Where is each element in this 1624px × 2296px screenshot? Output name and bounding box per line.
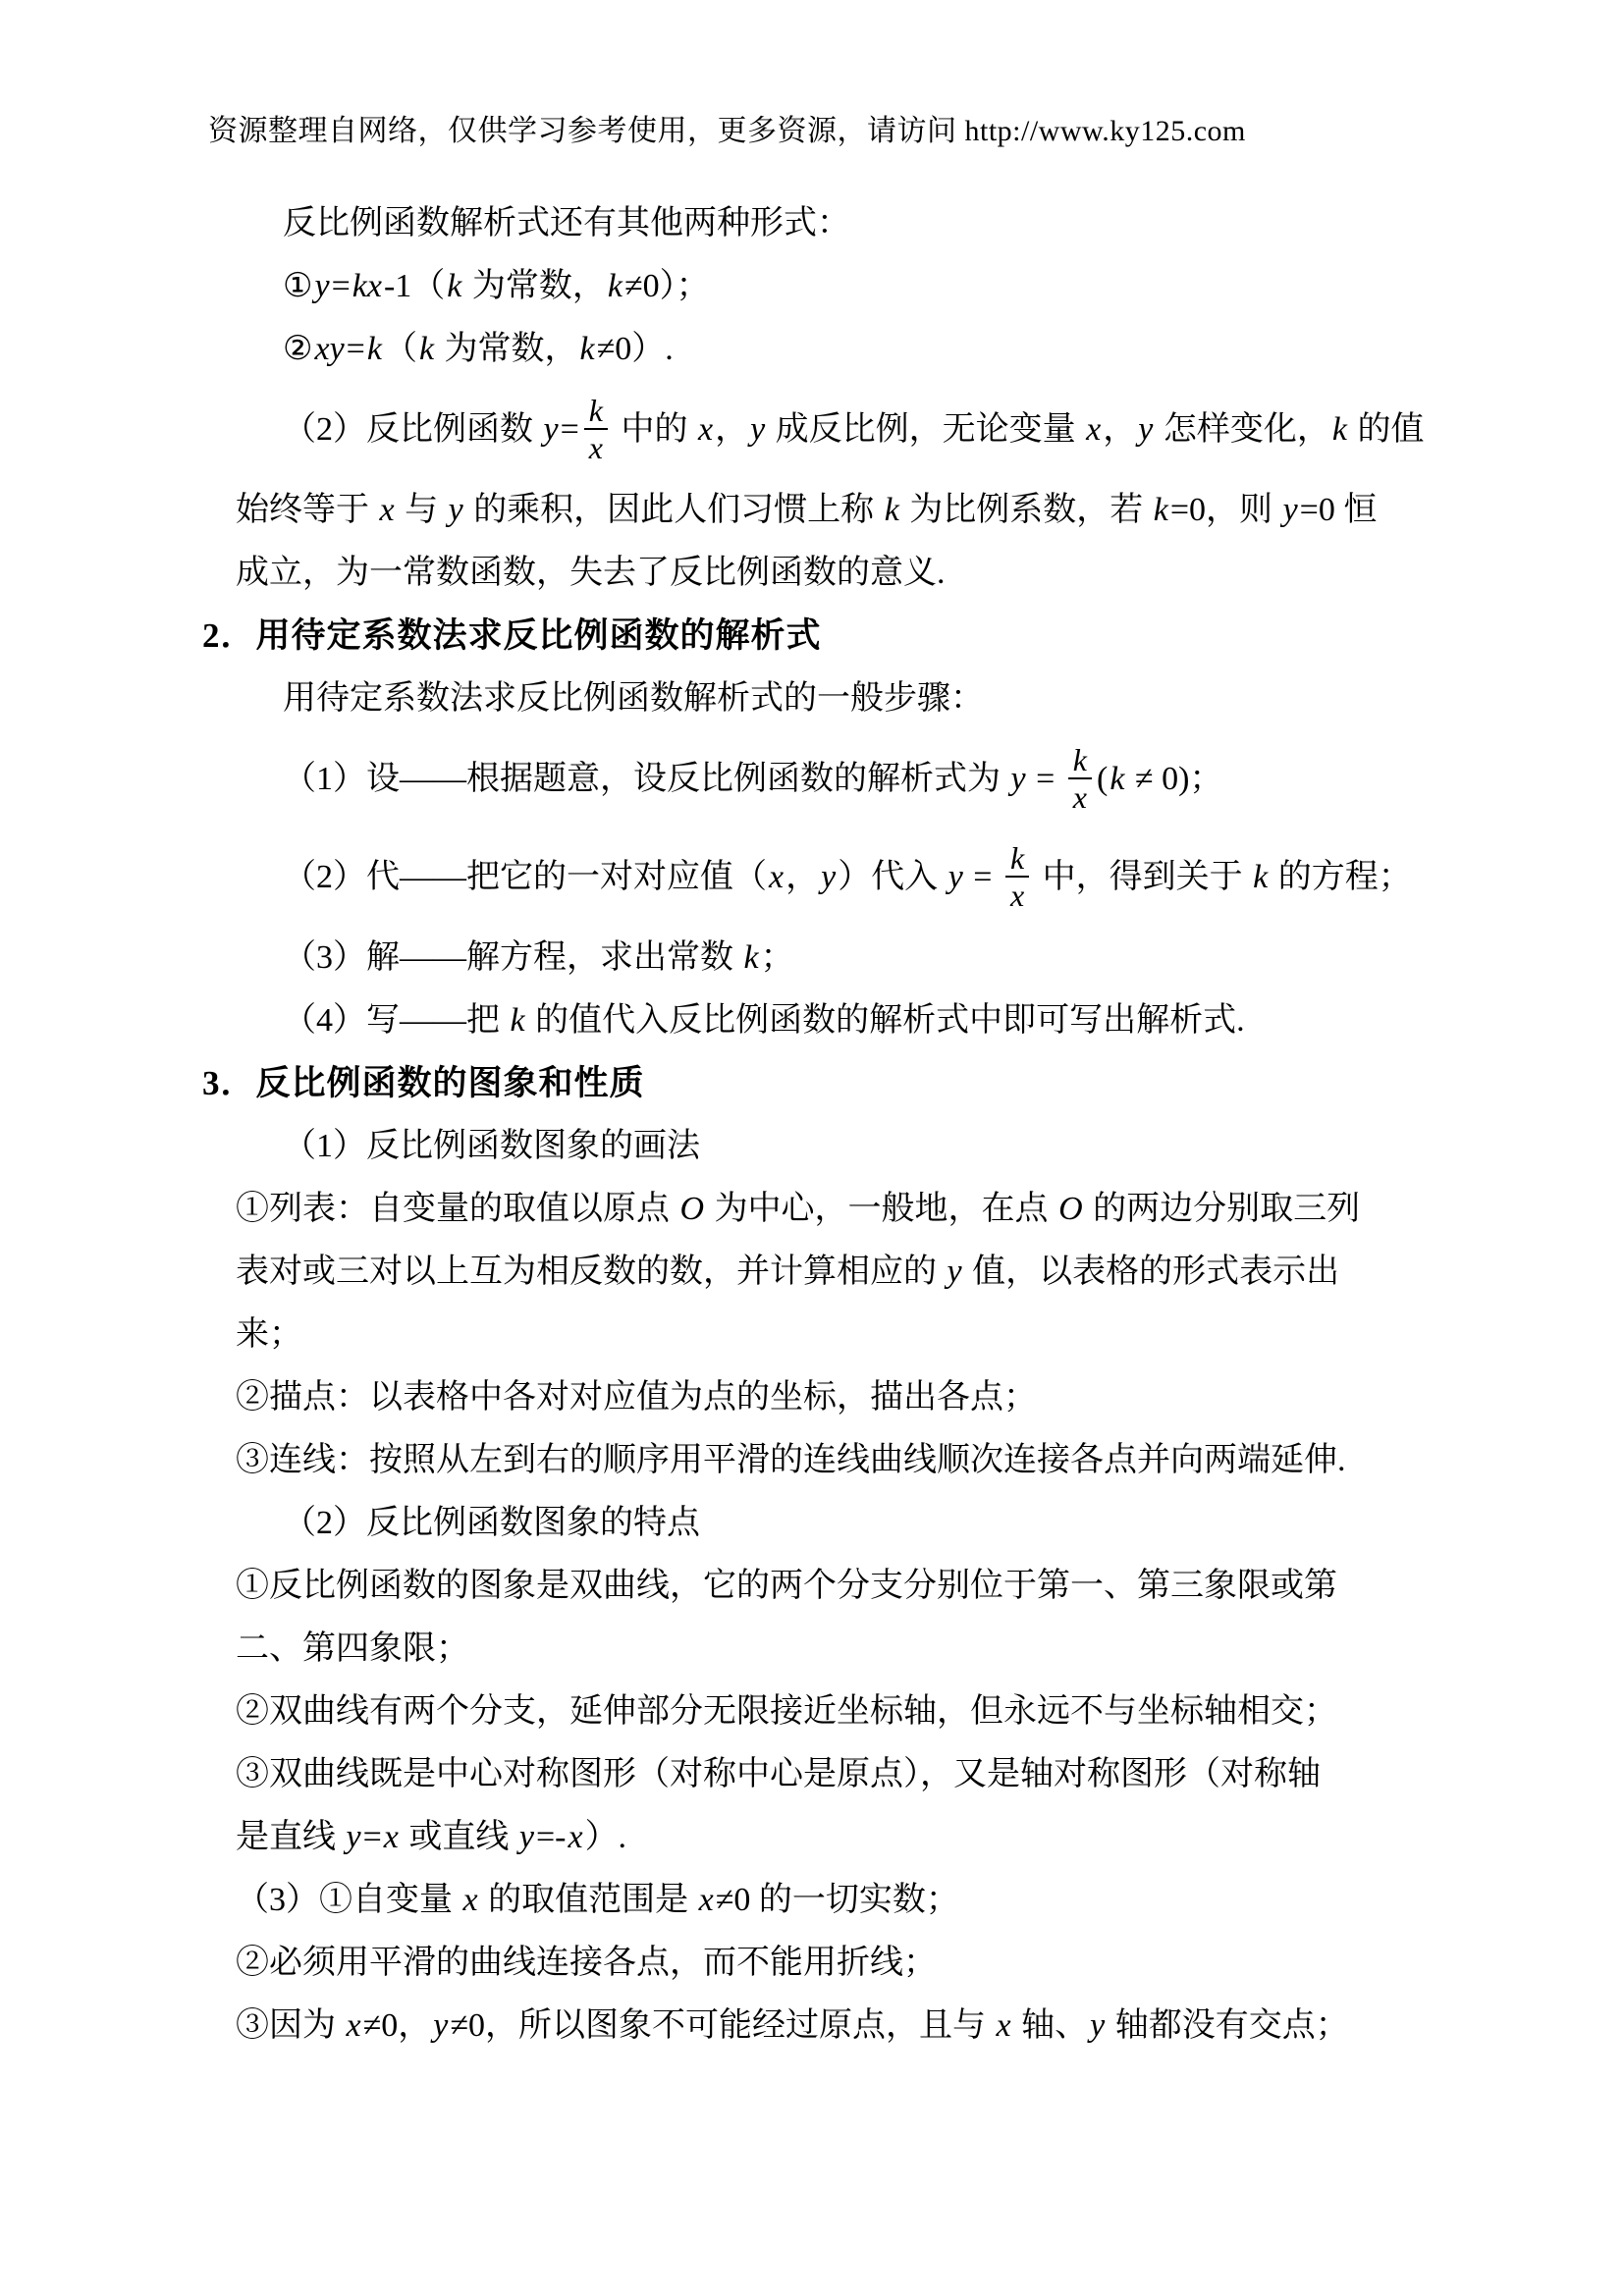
text-line: ①列表：自变量的取值以原点 O 为中心，一般地，在点 O 的两边分别取三列	[236, 1178, 1424, 1241]
text-run: (	[1097, 761, 1108, 797]
text-run: 二、第四象限；	[236, 1630, 469, 1667]
math-variable: O	[678, 1191, 707, 1227]
math-variable: x	[697, 1882, 716, 1918]
text-run: ①反比例函数的图象是双曲线，它的两个分支分别位于第一、第三象限或第	[236, 1568, 1337, 1604]
text-run: ②	[283, 331, 312, 367]
text-line: （1）反比例函数图象的画法	[236, 1115, 1424, 1178]
text-run: =	[332, 268, 351, 304]
math-variable: k	[883, 492, 901, 528]
text-run: 2．用待定系数法求反比例函数的解析式	[202, 616, 822, 655]
text-run: ，	[785, 859, 819, 895]
text-run: ≠ 0)；	[1126, 761, 1222, 797]
text-run: 的值	[1349, 411, 1425, 448]
text-run: 或直线	[401, 1819, 517, 1855]
math-variable: k	[1152, 492, 1170, 528]
text-line: 是直线 y=x 或直线 y=-x）.	[236, 1806, 1424, 1869]
math-fraction: kx	[1068, 742, 1092, 815]
text-run: 表对或三对以上互为相反数的数，并计算相应的	[236, 1254, 946, 1290]
math-variable: y	[819, 859, 838, 895]
text-run: 成反比例，无论变量	[767, 411, 1084, 448]
text-run: ≠0）；	[624, 268, 710, 304]
math-variable: x	[345, 2007, 363, 2044]
text-line: 反比例函数解析式还有其他两种形式：	[236, 192, 1424, 255]
math-variable: xy	[312, 331, 346, 367]
math-variable: k	[742, 939, 761, 976]
math-variable: y	[947, 859, 965, 895]
text-line: （4）写——把 k 的值代入反比例函数的解析式中即可写出解析式.	[236, 989, 1424, 1052]
text-run: ≠0，所以图象不可能经过原点，且与	[450, 2007, 994, 2044]
text-run: 值，以表格的形式表示出	[964, 1254, 1340, 1290]
text-line: 成立，为一常数函数，失去了反比例函数的意义.	[236, 542, 1424, 605]
text-line: ②双曲线有两个分支，延伸部分无限接近坐标轴，但永远不与坐标轴相交；	[236, 1681, 1424, 1743]
math-variable: k	[445, 268, 463, 304]
text-run: 3．反比例函数的图象和性质	[202, 1064, 645, 1102]
text-run: =	[965, 859, 1001, 895]
text-run: （3）①自变量	[236, 1882, 461, 1918]
text-run: =	[363, 1819, 382, 1855]
text-run: ③连线：按照从左到右的顺序用平滑的连线曲线顺次连接各点并向两端延伸.	[236, 1442, 1346, 1478]
text-run: 的方程；	[1270, 859, 1412, 895]
text-line: 用待定系数法求反比例函数解析式的一般步骤：	[236, 667, 1424, 730]
text-run: 的取值范围是	[480, 1882, 697, 1918]
text-run: （3）解——解方程，求出常数	[283, 939, 742, 976]
text-line: 来；	[236, 1304, 1424, 1366]
text-run: ）.	[585, 1819, 627, 1855]
math-fraction: kx	[584, 393, 608, 465]
math-variable: x	[767, 859, 785, 895]
text-run: （2）反比例函数	[283, 411, 542, 448]
math-variable: k	[1330, 411, 1349, 448]
text-line: ③连线：按照从左到右的顺序用平滑的连线曲线顺次连接各点并向两端延伸.	[236, 1429, 1424, 1492]
text-run: ②双曲线有两个分支，延伸部分无限接近坐标轴，但永远不与坐标轴相交；	[236, 1693, 1337, 1730]
text-run: =-	[536, 1819, 567, 1855]
math-variable: k	[365, 331, 384, 367]
text-run: 怎样变化，	[1155, 411, 1330, 448]
math-variable: y	[946, 1254, 964, 1290]
text-run: 始终等于	[236, 492, 378, 528]
page-header: 资源整理自网络，仅供学习参考使用，更多资源，请访问 http://www.ky1…	[208, 114, 1246, 149]
text-run: ③因为	[236, 2007, 345, 2044]
math-variable: y	[542, 411, 561, 448]
text-run: （2）代——把它的一对对应值（	[283, 859, 767, 895]
text-run: =0，则	[1170, 492, 1281, 528]
math-variable: y	[1136, 411, 1155, 448]
text-run: 用待定系数法求反比例函数解析式的一般步骤：	[283, 680, 984, 717]
math-variable: y	[748, 411, 767, 448]
document-page: 资源整理自网络，仅供学习参考使用，更多资源，请访问 http://www.ky1…	[0, 0, 1624, 2296]
text-run: （2）反比例函数图象的特点	[283, 1505, 700, 1541]
math-variable: y	[1088, 2007, 1107, 2044]
text-run: ≠0，	[363, 2007, 432, 2044]
math-variable: y	[1281, 492, 1300, 528]
text-line: ①y=kx-1（k 为常数，k≠0）；	[236, 255, 1424, 318]
text-line: ③双曲线既是中心对称图形（对称中心是原点），又是轴对称图形（对称轴	[236, 1743, 1424, 1806]
text-line: （3）①自变量 x 的取值范围是 x≠0 的一切实数；	[236, 1869, 1424, 1932]
text-run: 的两边分别取三列	[1085, 1191, 1361, 1227]
text-run: ②必须用平滑的曲线连接各点，而不能用折线；	[236, 1945, 937, 1981]
text-run: ）代入	[838, 859, 947, 895]
text-run: （4）写——把	[283, 1002, 509, 1039]
math-fraction: kx	[1005, 840, 1029, 913]
text-run: =	[561, 411, 579, 448]
math-variable: k	[578, 331, 597, 367]
math-variable: k	[1251, 859, 1270, 895]
text-run: ≠0）.	[597, 331, 674, 367]
section-heading: 3．反比例函数的图象和性质	[202, 1052, 1424, 1115]
text-line: （2）反比例函数图象的特点	[236, 1492, 1424, 1555]
text-line: （1）设——根据题意，设反比例函数的解析式为 y = kx(k ≠ 0)；	[236, 730, 1424, 828]
text-run: ≠0 的一切实数；	[716, 1882, 959, 1918]
math-variable: kx	[351, 268, 384, 304]
text-line: 二、第四象限；	[236, 1618, 1424, 1681]
math-variable: k	[606, 268, 624, 304]
text-run: ②描点：以表格中各对对应值为点的坐标，描出各点；	[236, 1379, 1037, 1415]
math-variable: O	[1056, 1191, 1085, 1227]
text-run: =0 恒	[1300, 492, 1378, 528]
text-run: （1）反比例函数图象的画法	[283, 1128, 700, 1164]
math-variable: x	[995, 2007, 1013, 2044]
text-run: 来；	[236, 1316, 302, 1353]
text-run: 轴都没有交点；	[1107, 2007, 1349, 2044]
math-variable: k	[509, 1002, 527, 1039]
text-line: ②xy=k（k 为常数，k≠0）.	[236, 318, 1424, 381]
text-run: 为比例系数，若	[901, 492, 1152, 528]
math-variable: y	[517, 1819, 536, 1855]
math-variable: x	[382, 1819, 401, 1855]
text-line: ②必须用平滑的曲线连接各点，而不能用折线；	[236, 1932, 1424, 1995]
section-heading: 2．用待定系数法求反比例函数的解析式	[202, 605, 1424, 667]
text-run: 为常数，	[436, 331, 578, 367]
text-line: ②描点：以表格中各对对应值为点的坐标，描出各点；	[236, 1366, 1424, 1429]
math-variable: k	[417, 331, 436, 367]
text-run: 中的	[613, 411, 696, 448]
text-run: （	[384, 331, 417, 367]
text-run: 的值代入反比例函数的解析式中即可写出解析式.	[527, 1002, 1245, 1039]
text-run: （1）设——根据题意，设反比例函数的解析式为	[283, 761, 1009, 797]
text-line: （3）解——解方程，求出常数 k；	[236, 927, 1424, 989]
math-variable: x	[696, 411, 715, 448]
text-run: 的乘积，因此人们习惯上称	[465, 492, 883, 528]
text-run: 为常数，	[463, 268, 606, 304]
text-run: 与	[397, 492, 447, 528]
text-run: -1（	[384, 268, 445, 304]
text-run: ①列表：自变量的取值以原点	[236, 1191, 678, 1227]
math-variable: x	[1084, 411, 1103, 448]
text-run: ，	[1103, 411, 1136, 448]
document-body: 反比例函数解析式还有其他两种形式：①y=kx-1（k 为常数，k≠0）；②xy=…	[236, 192, 1424, 2057]
text-line: ③因为 x≠0，y≠0，所以图象不可能经过原点，且与 x 轴、y 轴都没有交点；	[236, 1995, 1424, 2057]
math-variable: y	[312, 268, 331, 304]
text-run: =	[1028, 761, 1063, 797]
math-variable: x	[461, 1882, 480, 1918]
text-line: 表对或三对以上互为相反数的数，并计算相应的 y 值，以表格的形式表示出	[236, 1241, 1424, 1304]
text-run: ③双曲线既是中心对称图形（对称中心是原点），又是轴对称图形（对称轴	[236, 1756, 1321, 1792]
math-variable: k	[1108, 761, 1126, 797]
text-run: 轴、	[1013, 2007, 1089, 2044]
text-run: ，	[715, 411, 748, 448]
text-line: （2）反比例函数 y=kx 中的 x，y 成反比例，无论变量 x，y 怎样变化，…	[236, 381, 1424, 479]
text-run: 反比例函数解析式还有其他两种形式：	[283, 205, 850, 241]
text-line: 始终等于 x 与 y 的乘积，因此人们习惯上称 k 为比例系数，若 k=0，则 …	[236, 479, 1424, 542]
text-run: 为中心，一般地，在点	[706, 1191, 1056, 1227]
text-line: ①反比例函数的图象是双曲线，它的两个分支分别位于第一、第三象限或第	[236, 1555, 1424, 1618]
text-line: （2）代——把它的一对对应值（x，y）代入 y = kx 中，得到关于 k 的方…	[236, 828, 1424, 927]
math-variable: y	[447, 492, 465, 528]
math-variable: y	[1009, 761, 1028, 797]
text-run: 是直线	[236, 1819, 345, 1855]
math-variable: y	[345, 1819, 363, 1855]
text-run: =	[347, 331, 365, 367]
text-run: ；	[761, 939, 794, 976]
text-run: 成立，为一常数函数，失去了反比例函数的意义.	[236, 555, 946, 591]
text-run: ①	[283, 268, 312, 304]
math-variable: y	[431, 2007, 450, 2044]
text-run: 中，得到关于	[1034, 859, 1251, 895]
math-variable: x	[566, 1819, 584, 1855]
math-variable: x	[378, 492, 397, 528]
